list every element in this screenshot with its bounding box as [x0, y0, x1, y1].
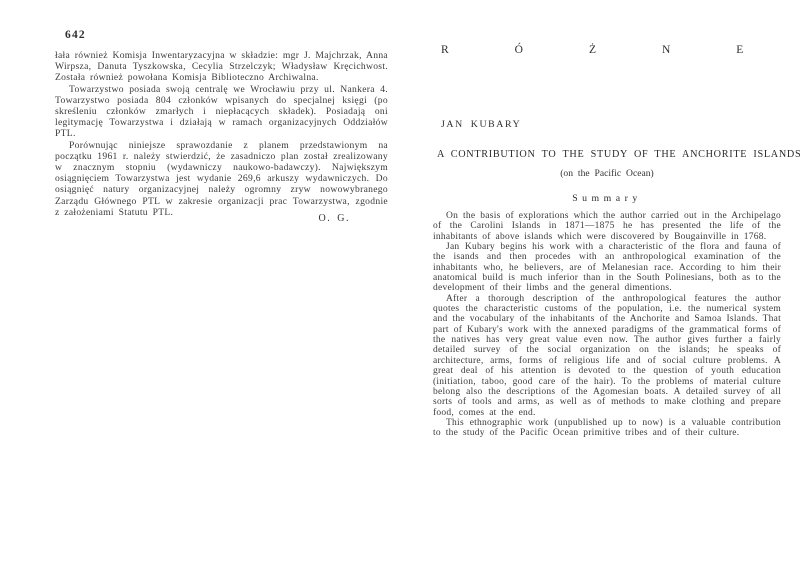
- scanned-journal-spread: { "left_page": { "page_number": "642", "…: [0, 0, 800, 583]
- summary-paragraph-3: After a thorough description of the anth…: [433, 294, 781, 418]
- summary-paragraph-4: This ethnographic work (unpublished up t…: [433, 418, 781, 439]
- article-subtitle: (on the Pacific Ocean): [433, 168, 781, 179]
- article-title: A CONTRIBUTION TO THE STUDY OF THE ANCHO…: [437, 149, 781, 160]
- summary-text: On the basis of explorations which the a…: [433, 211, 781, 439]
- article-author: JAN KUBARY: [441, 119, 521, 130]
- left-paragraph-3: Porównując niniejsze sprawozdanie z plan…: [55, 140, 388, 218]
- left-paragraph-1: łała również Komisja Inwentaryzacyjna w …: [55, 50, 388, 84]
- section-header-rozne: RÓŻNE: [441, 44, 800, 56]
- page-number: 642: [65, 29, 86, 41]
- summary-heading: Summary: [433, 193, 781, 204]
- author-initials-signature: O. G.: [55, 213, 388, 224]
- summary-paragraph-1: On the basis of explorations which the a…: [433, 211, 781, 242]
- left-paragraph-2: Towarzystwo posiada swoją centralę we Wr…: [55, 84, 388, 140]
- left-column-text: łała również Komisja Inwentaryzacyjna w …: [55, 50, 388, 218]
- summary-paragraph-2: Jan Kubary begins his work with a charac…: [433, 242, 781, 294]
